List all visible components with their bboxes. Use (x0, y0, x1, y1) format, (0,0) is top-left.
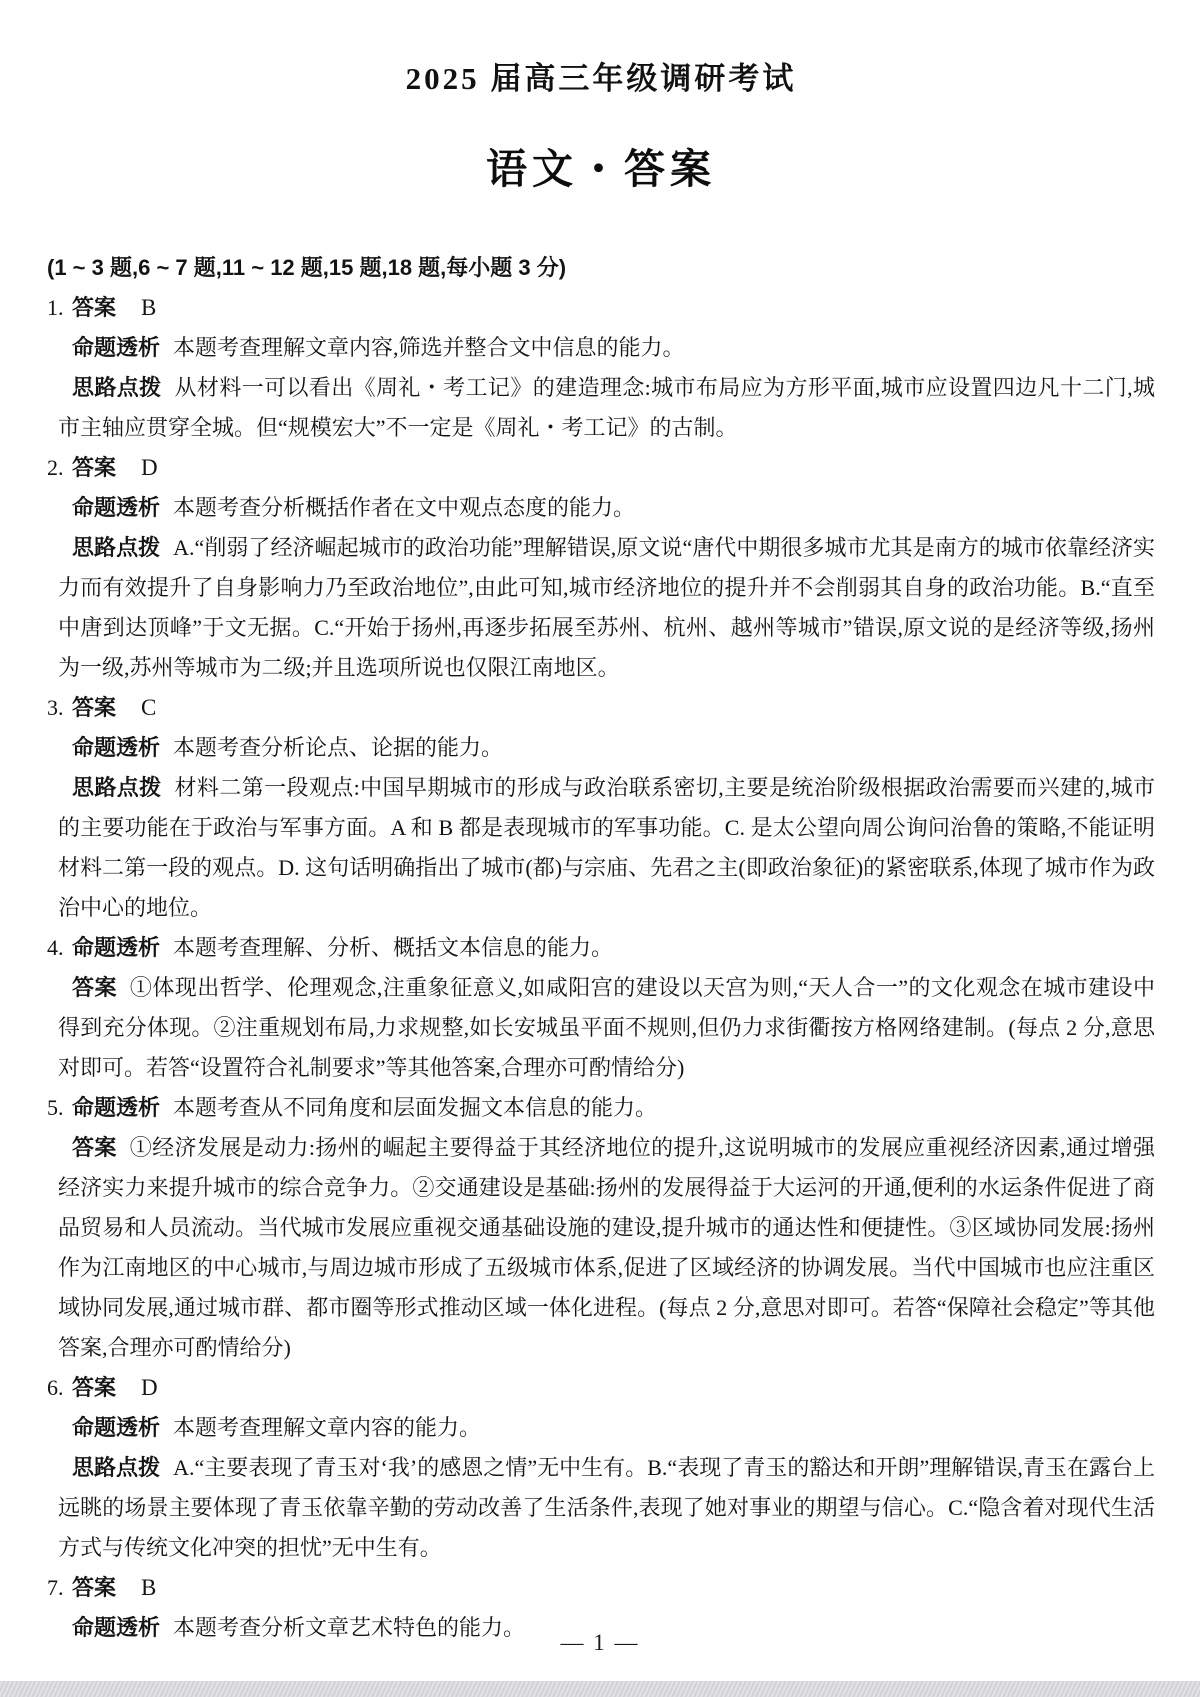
answer-item-4: 4.命题透析本题考查理解、分析、概括文本信息的能力。答案①体现出哲学、伦理观念,… (47, 928, 1155, 1088)
scan-edge-artifact (0, 1681, 1200, 1697)
para-label: 思路点拨 (72, 775, 162, 800)
para-text: 本题考查理解文章内容,筛选并整合文中信息的能力。 (173, 335, 685, 360)
para-label: 思路点拨 (72, 1455, 160, 1480)
item-number: 7. (47, 1568, 64, 1608)
item-number: 5. (47, 1088, 64, 1128)
para-label: 思路点拨 (72, 535, 160, 560)
para-text: 本题考查理解、分析、概括文本信息的能力。 (173, 935, 613, 960)
para-label: 思路点拨 (72, 375, 162, 400)
exam-title: 2025 届高三年级调研考试 (47, 60, 1155, 97)
para-text: ①体现出哲学、伦理观念,注重象征意义,如咸阳宫的建设以天宫为则,“天人合一”的文… (58, 975, 1155, 1080)
para-text: A.“主要表现了青玉对‘我’的感恩之情”无中生有。B.“表现了青玉的豁达和开朗”… (58, 1455, 1155, 1560)
paragraph: 3.答案C (58, 688, 1155, 728)
paragraph: 思路点拨从材料一可以看出《周礼・考工记》的建造理念:城市布局应为方形平面,城市应… (58, 368, 1155, 448)
para-label: 命题透析 (72, 495, 160, 520)
para-text: 本题考查分析概括作者在文中观点态度的能力。 (173, 495, 635, 520)
scoring-note: (1 ~ 3 题,6 ~ 7 题,11 ~ 12 题,15 题,18 题,每小题… (47, 248, 1155, 288)
para-text: 本题考查理解文章内容的能力。 (173, 1415, 481, 1440)
paragraph: 思路点拨A.“主要表现了青玉对‘我’的感恩之情”无中生有。B.“表现了青玉的豁达… (58, 1448, 1155, 1568)
para-label: 答案 (72, 1575, 116, 1600)
para-label: 答案 (72, 295, 116, 320)
paragraph: 1.答案B (58, 288, 1155, 328)
paragraph: 4.命题透析本题考查理解、分析、概括文本信息的能力。 (58, 928, 1155, 968)
exam-answer-document: { "doc": { "title": "2025 届高三年级调研考试", "s… (0, 0, 1200, 1697)
answer-item-6: 6.答案D命题透析本题考查理解文章内容的能力。思路点拨A.“主要表现了青玉对‘我… (47, 1368, 1155, 1568)
para-text: 本题考查从不同角度和层面发掘文本信息的能力。 (173, 1095, 657, 1120)
paragraph: 答案①体现出哲学、伦理观念,注重象征意义,如咸阳宫的建设以天宫为则,“天人合一”… (58, 968, 1155, 1088)
paragraph: 5.命题透析本题考查从不同角度和层面发掘文本信息的能力。 (58, 1088, 1155, 1128)
answer-item-5: 5.命题透析本题考查从不同角度和层面发掘文本信息的能力。答案①经济发展是动力:扬… (47, 1088, 1155, 1368)
item-number: 3. (47, 688, 64, 728)
paragraph: 命题透析本题考查理解文章内容的能力。 (58, 1408, 1155, 1448)
para-text: 从材料一可以看出《周礼・考工记》的建造理念:城市布局应为方形平面,城市应设置四边… (58, 375, 1155, 440)
answer-items-list: 1.答案B命题透析本题考查理解文章内容,筛选并整合文中信息的能力。思路点拨从材料… (47, 288, 1155, 1648)
para-text: 本题考查分析论点、论据的能力。 (173, 735, 503, 760)
para-label: 答案 (72, 695, 116, 720)
para-label: 命题透析 (72, 1415, 160, 1440)
item-number: 6. (47, 1368, 64, 1408)
answer-item-1: 1.答案B命题透析本题考查理解文章内容,筛选并整合文中信息的能力。思路点拨从材料… (47, 288, 1155, 448)
paragraph: 6.答案D (58, 1368, 1155, 1408)
page-number: — 1 — (0, 1630, 1200, 1656)
para-label: 答案 (72, 975, 117, 1000)
para-text: 材料二第一段观点:中国早期城市的形成与政治联系密切,主要是统治阶级根据政治需要而… (58, 775, 1155, 920)
answer-letter: D (141, 455, 158, 480)
para-label: 答案 (72, 1375, 116, 1400)
para-label: 命题透析 (72, 735, 160, 760)
answer-letter: C (141, 695, 156, 720)
paragraph: 答案①经济发展是动力:扬州的崛起主要得益于其经济地位的提升,这说明城市的发展应重… (58, 1128, 1155, 1368)
item-number: 2. (47, 448, 64, 488)
paragraph: 命题透析本题考查理解文章内容,筛选并整合文中信息的能力。 (58, 328, 1155, 368)
answer-letter: B (141, 295, 156, 320)
subject-answer-heading: 语文・答案 (47, 147, 1155, 192)
para-text: A.“削弱了经济崛起城市的政治功能”理解错误,原文说“唐代中期很多城市尤其是南方… (58, 535, 1155, 680)
answer-item-2: 2.答案D命题透析本题考查分析概括作者在文中观点态度的能力。思路点拨A.“削弱了… (47, 448, 1155, 688)
paragraph: 2.答案D (58, 448, 1155, 488)
para-label: 命题透析 (72, 1095, 160, 1120)
answer-sheet-page: 2025 届高三年级调研考试 语文・答案 (1 ~ 3 题,6 ~ 7 题,11… (0, 0, 1200, 1697)
answer-item-3: 3.答案C命题透析本题考查分析论点、论据的能力。思路点拨材料二第一段观点:中国早… (47, 688, 1155, 928)
paragraph: 命题透析本题考查分析概括作者在文中观点态度的能力。 (58, 488, 1155, 528)
para-label: 命题透析 (72, 335, 160, 360)
para-label: 答案 (72, 455, 116, 480)
para-label: 命题透析 (72, 935, 160, 960)
item-number: 4. (47, 928, 64, 968)
item-number: 1. (47, 288, 64, 328)
answer-letter: D (141, 1375, 158, 1400)
paragraph: 思路点拨A.“削弱了经济崛起城市的政治功能”理解错误,原文说“唐代中期很多城市尤… (58, 528, 1155, 688)
paragraph: 命题透析本题考查分析论点、论据的能力。 (58, 728, 1155, 768)
paragraph: 思路点拨材料二第一段观点:中国早期城市的形成与政治联系密切,主要是统治阶级根据政… (58, 768, 1155, 928)
para-text: ①经济发展是动力:扬州的崛起主要得益于其经济地位的提升,这说明城市的发展应重视经… (58, 1135, 1155, 1360)
answer-letter: B (141, 1575, 156, 1600)
paragraph: 7.答案B (58, 1568, 1155, 1608)
para-label: 答案 (72, 1135, 117, 1160)
